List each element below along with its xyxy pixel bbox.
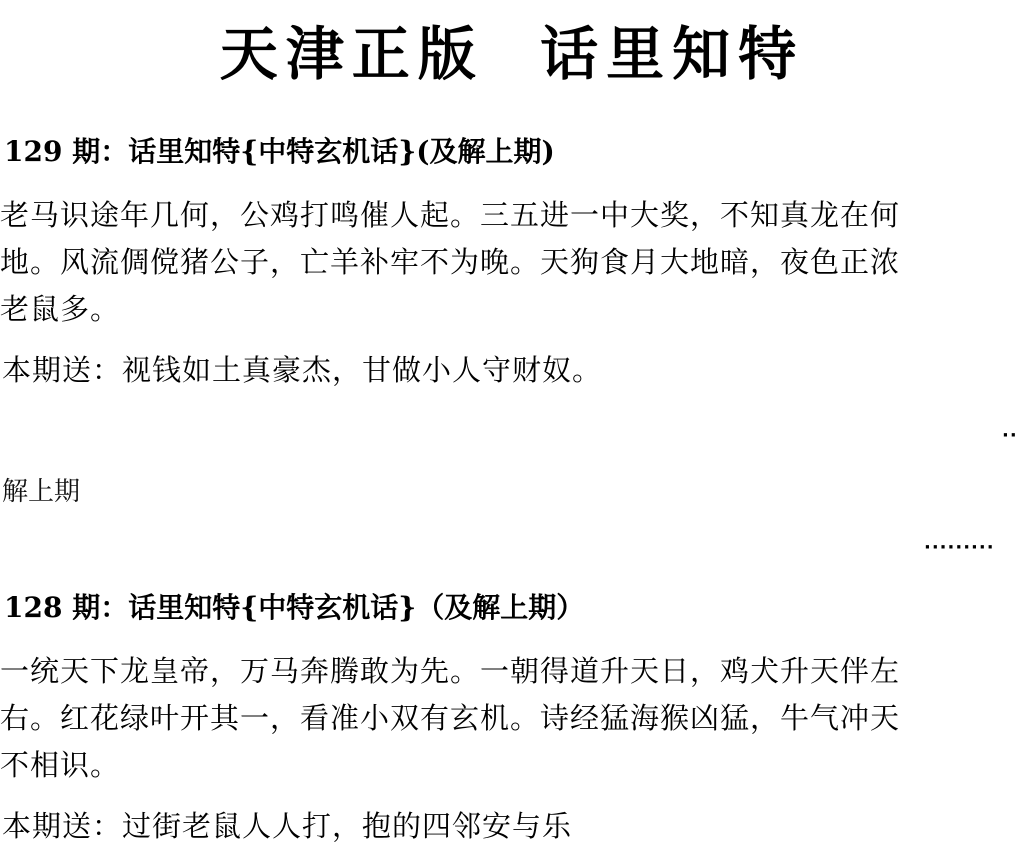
issue-gift-line: 本期送：过街老鼠人人打，抱的四邻安与乐: [2, 808, 572, 844]
poem-line: 老马识途年几何，公鸡打鸣催人起。三五进一中大奖，不知真龙在何: [0, 192, 1024, 239]
poem-line: 不相识。: [0, 742, 1024, 789]
issue-header: 128 期：话里知特{中特玄机话}（及解上期）: [4, 590, 584, 626]
issue-poem: 老马识途年几何，公鸡打鸣催人起。三五进一中大奖，不知真龙在何 地。风流倜傥猪公子…: [0, 192, 1024, 333]
resolve-previous-dots: ·········: [924, 538, 995, 558]
issue-gift-line: 本期送：视钱如土真豪杰，甘做小人守财奴。: [2, 352, 602, 388]
issue-poem: 一统天下龙皇帝，万马奔腾敢为先。一朝得道升天日，鸡犬升天伴左 右。红花绿叶开其一…: [0, 648, 1024, 789]
poem-line: 地。风流倜傥猪公子，亡羊补牢不为晚。天狗食月大地暗，夜色正浓: [0, 239, 1024, 286]
poem-line: 右。红花绿叶开其一，看准小双有玄机。诗经猛海猴凶猛，牛气冲天: [0, 695, 1024, 742]
issue-header: 129 期：话里知特{中特玄机话}(及解上期): [4, 134, 555, 170]
resolve-previous-label: 解上期: [2, 474, 80, 510]
page-title: 天津正版 话里知特: [0, 18, 1024, 90]
poem-line: 一统天下龙皇帝，万马奔腾敢为先。一朝得道升天日，鸡犬升天伴左: [0, 648, 1024, 695]
poem-line: 老鼠多。: [0, 286, 1024, 333]
trailing-dots: ··: [1002, 426, 1018, 446]
